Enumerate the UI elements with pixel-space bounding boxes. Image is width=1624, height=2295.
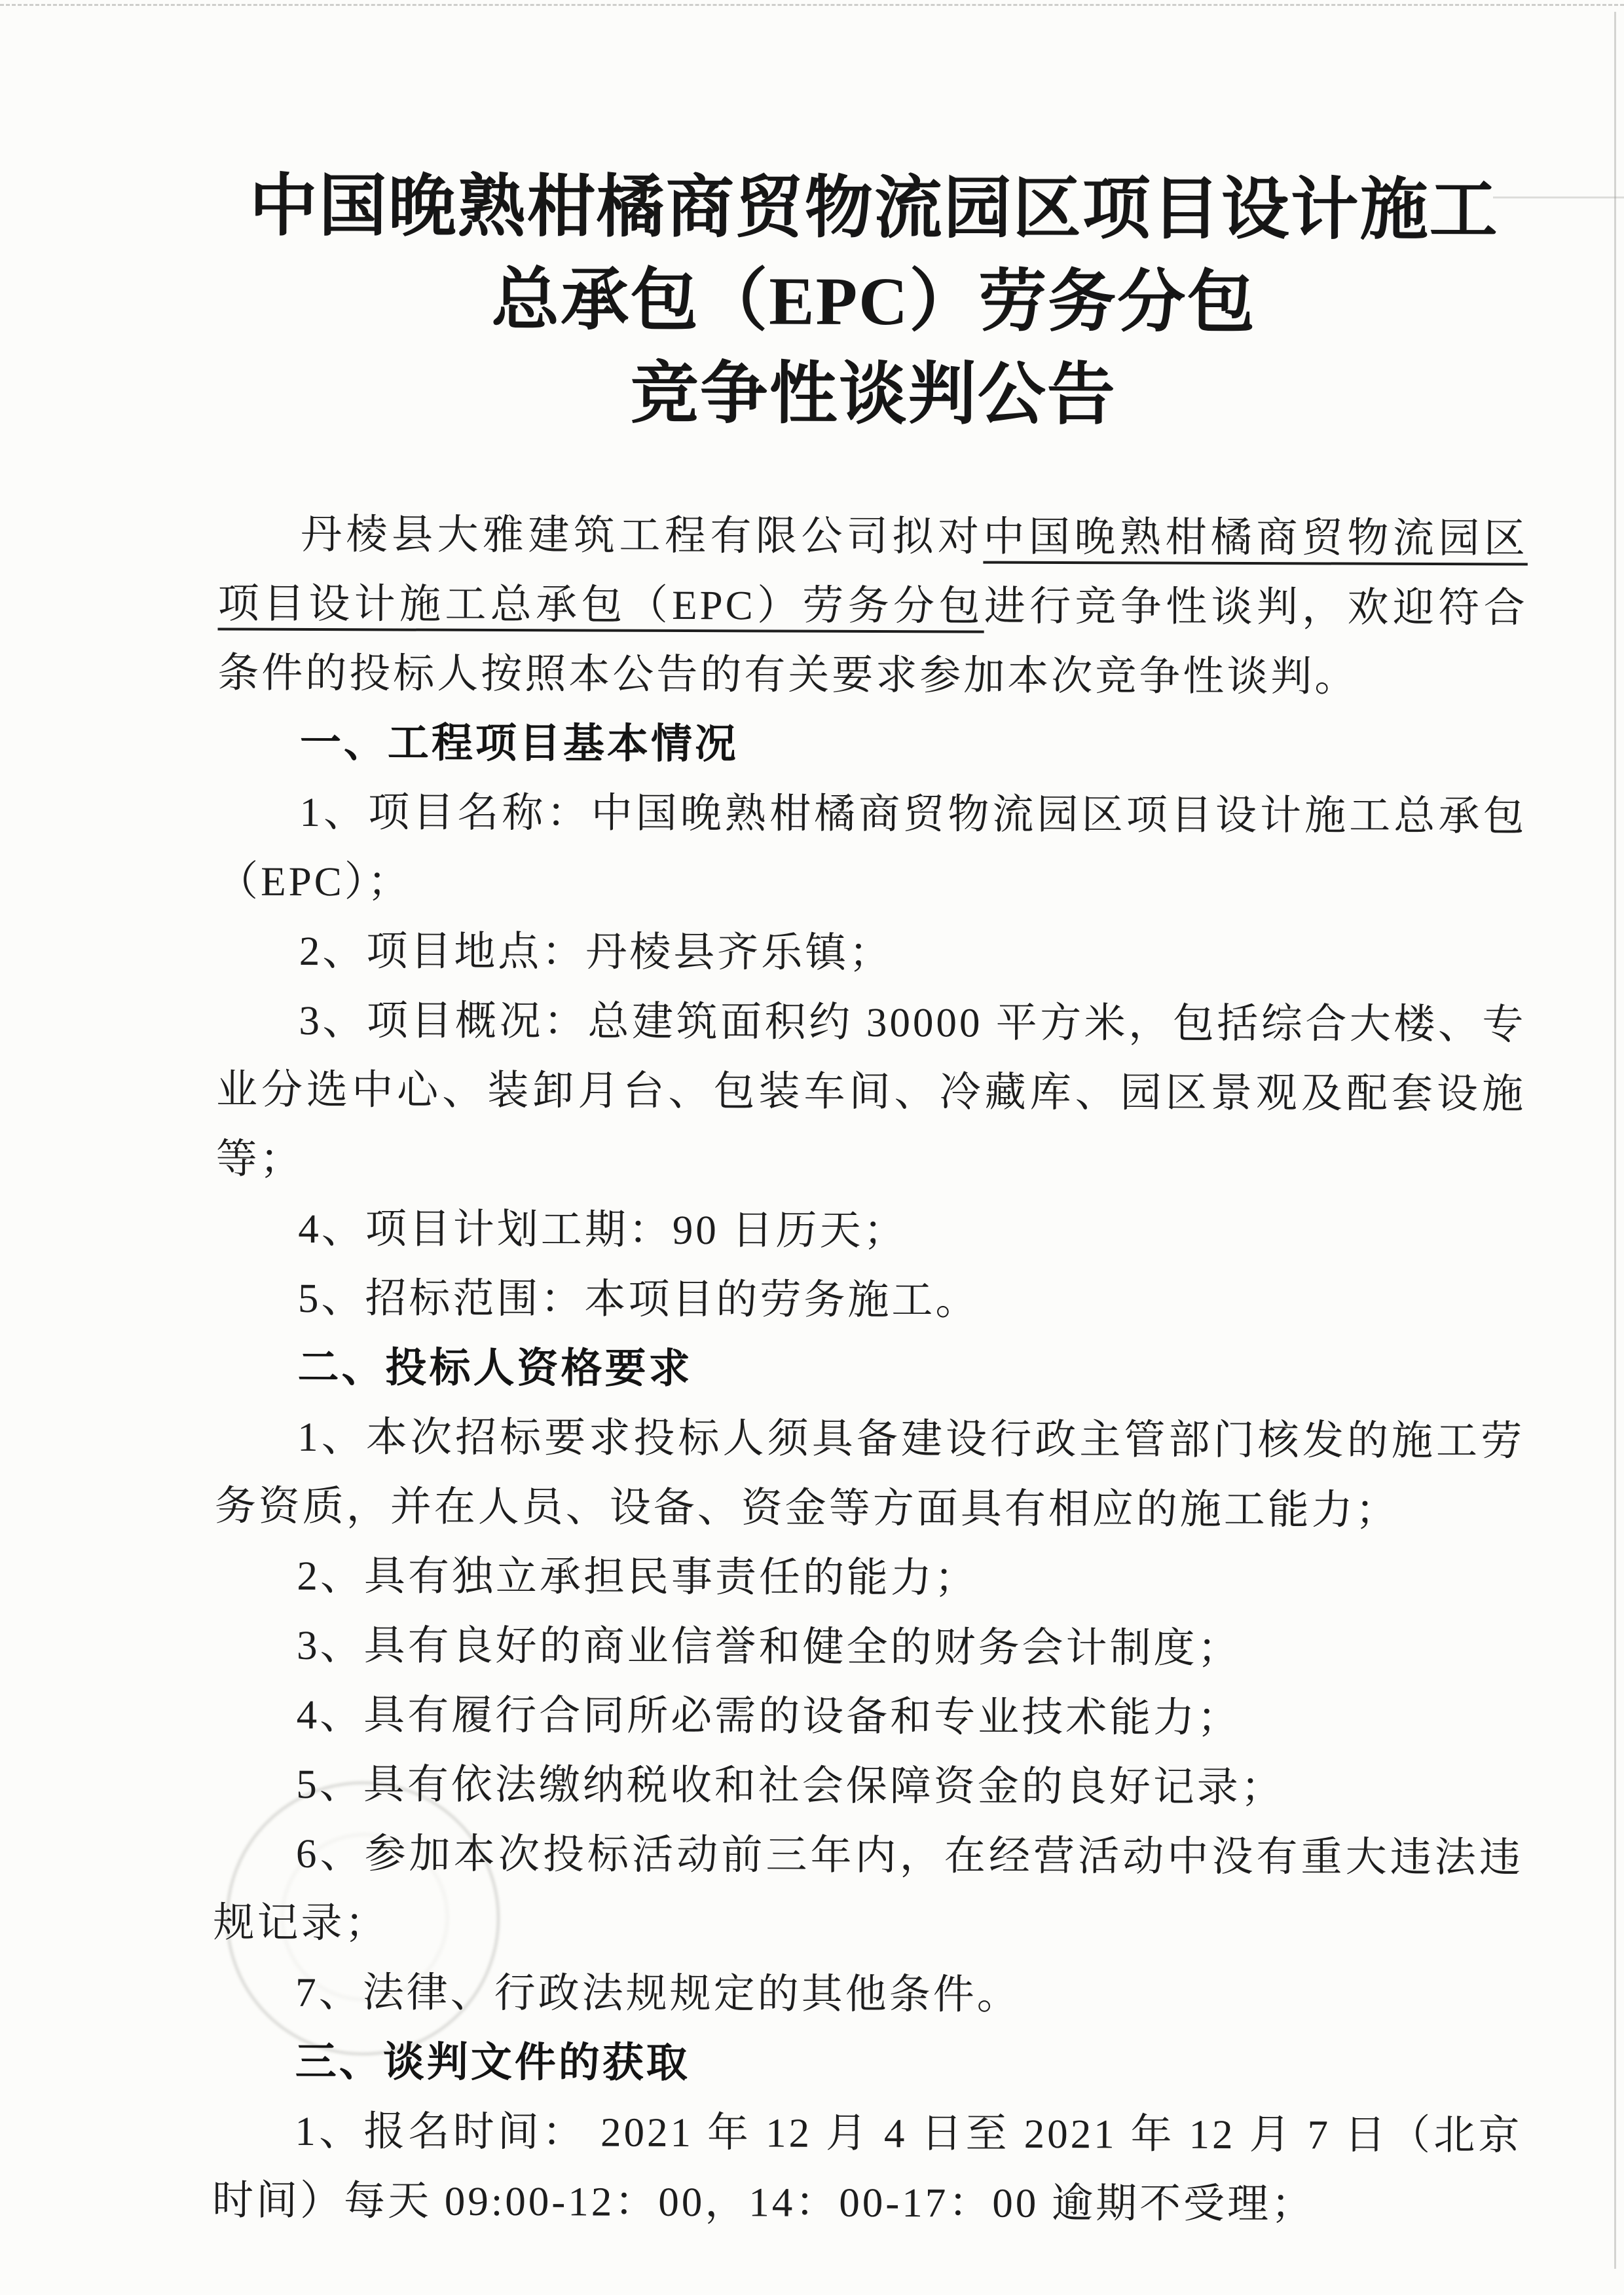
intro-text-before: 丹棱县大雅建筑工程有限公司拟对 <box>301 512 984 560</box>
section-1-item-1: 1、项目名称：中国晚熟柑橘商贸物流园区项目设计施工总承包（EPC）； <box>217 777 1527 921</box>
title-line-3: 竞争性谈判公告 <box>219 346 1528 444</box>
title-line-1: 中国晚熟柑橘商贸物流园区项目设计施工 <box>219 160 1529 258</box>
section-2-item-1: 1、本次招标要求投标人须具备建设行政主管部门核发的施工劳务资质，并在人员、设备、… <box>215 1402 1525 1545</box>
section-2-item-5: 5、具有依法缴纳税收和社会保障资金的良好记录； <box>213 1749 1523 1823</box>
scan-artifact-right-edge-line <box>1614 12 1616 2269</box>
section-3-item-1: 1、报名时间： 2021 年 12 月 4 日至 2021 年 12 月 7 日… <box>212 2096 1522 2239</box>
section-1-heading: 一、工程项目基本情况 <box>217 708 1527 782</box>
section-2-item-4: 4、具有履行合同所必需的设备和专业技术能力； <box>214 1679 1524 1753</box>
document-title: 中国晚熟柑橘商贸物流园区项目设计施工 总承包（EPC）劳务分包 竞争性谈判公告 <box>219 160 1529 444</box>
section-2-item-6: 6、参加本次投标活动前三年内，在经营活动中没有重大违法违规记录； <box>213 1818 1523 1962</box>
scan-artifact-top-dashed-edge <box>0 4 1624 6</box>
intro-paragraph: 丹棱县大雅建筑工程有限公司拟对中国晚熟柑橘商贸物流园区项目设计施工总承包（EPC… <box>217 500 1528 713</box>
title-line-2: 总承包（EPC）劳务分包 <box>219 253 1528 351</box>
section-1-item-5: 5、招标范围：本项目的劳务施工。 <box>215 1263 1525 1337</box>
section-1-item-4: 4、项目计划工期：90 日历天； <box>215 1193 1525 1267</box>
section-1-item-2: 2、项目地点：丹棱县齐乐镇； <box>217 916 1526 990</box>
section-2-item-2: 2、具有独立承担民事责任的能力； <box>214 1540 1524 1614</box>
section-2-item-3: 3、具有良好的商业信誉和健全的财务会计制度； <box>214 1610 1524 1684</box>
section-1-item-3: 3、项目概况：总建筑面积约 30000 平方米，包括综合大楼、专业分选中心、装卸… <box>215 986 1526 1199</box>
section-2-heading: 二、投标人资格要求 <box>215 1332 1524 1406</box>
scanned-document-page: 中国晚熟柑橘商贸物流园区项目设计施工 总承包（EPC）劳务分包 竞争性谈判公告 … <box>0 0 1624 2295</box>
section-3-heading: 三、谈判文件的获取 <box>213 2026 1522 2100</box>
section-2-item-7: 7、法律、行政法规规定的其他条件。 <box>213 1957 1522 2031</box>
document-content: 中国晚熟柑橘商贸物流园区项目设计施工 总承包（EPC）劳务分包 竞争性谈判公告 … <box>212 160 1529 2240</box>
